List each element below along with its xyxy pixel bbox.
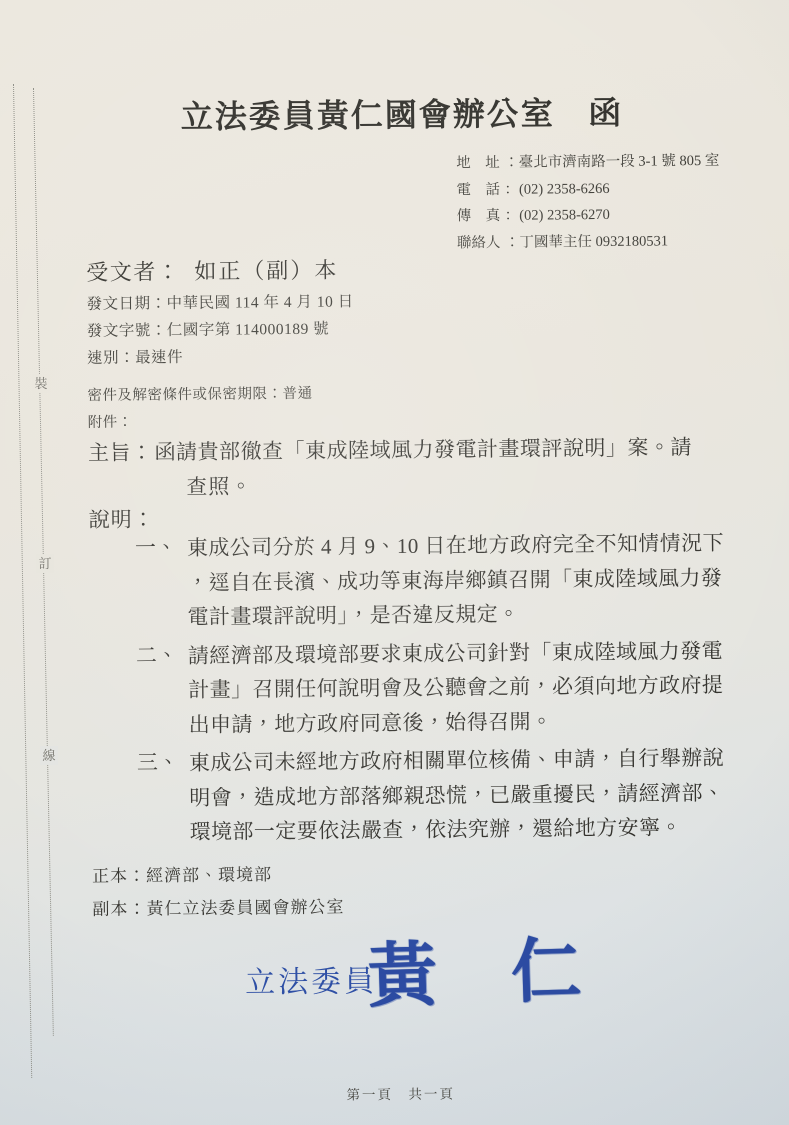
colon: ：	[505, 234, 520, 250]
explanation-item-1: 一、 東成公司分於 4 月 9、10 日在地方政府完全不知情情況下 ，逕自在長濱…	[187, 526, 728, 635]
subject-line-2: 查照。	[186, 470, 252, 501]
item-line: 明會，造成地方部落鄉親恐慌，已嚴重擾民，請經濟部、	[189, 775, 729, 815]
attachment-line: 附件：	[88, 411, 133, 432]
subject-text-1: 函請貴部徹查「東成陸域風力發電計畫環評說明」案。請	[154, 435, 692, 464]
contact-person-label: 聯絡人	[457, 229, 505, 256]
distribution-block: 正本：經濟部、環境部 副本：黃仁立法委員國會辦公室	[92, 858, 345, 926]
doc-number-line: 發文字號：仁國字第 114000189 號	[87, 317, 330, 341]
signature-name-stamp: 黃 仁	[365, 914, 584, 1022]
contact-person-line: 聯絡人：丁國華主任 0932180531	[457, 227, 720, 256]
item-number: 三、	[137, 746, 179, 776]
fax-label: 傳 真	[457, 203, 505, 230]
item-line: 環境部一定要依法嚴查，依法究辦，還給地方安寧。	[189, 810, 729, 850]
fax-value: (02) 2358-6270	[519, 207, 610, 224]
phone-value: (02) 2358-6266	[519, 180, 610, 197]
address-label: 地 址	[456, 150, 504, 177]
sender-contact-block: 地 址：臺北市濟南路一段 3-1 號 805 室 電 話：(02) 2358-6…	[456, 148, 720, 257]
letter-title: 立法委員黃仁國會辦公室 函	[181, 88, 623, 138]
subject-line-1: 主旨：函請貴部徹查「東成陸域風力發電計畫環評說明」案。請	[88, 431, 692, 467]
item-line: 出申請，地方政府同意後，始得召開。	[188, 702, 728, 742]
letter-content: 立法委員黃仁國會辦公室 函 地 址：臺北市濟南路一段 3-1 號 805 室 電…	[0, 0, 789, 1125]
item-number: 二、	[136, 639, 178, 669]
item-line: 計畫」召開任何說明會及公聽會之前，必須向地方政府提	[188, 668, 728, 708]
item-line: 東成公司未經地方政府相關單位核備、申請，自行舉辦說	[189, 741, 729, 781]
contact-fax-line: 傳 真：(02) 2358-6270	[457, 201, 720, 230]
recipient-line: 受文者：如正（副）本	[86, 254, 338, 287]
item-line: 東成公司分於 4 月 9、10 日在地方政府完全不知情情況下	[187, 526, 727, 566]
item-line: 請經濟部及環境部要求東成公司針對「東成陸域風力發電	[188, 633, 728, 673]
explanation-item-3: 三、 東成公司未經地方政府相關單位核備、申請，自行舉辦說 明會，造成地方部落鄉親…	[189, 741, 730, 850]
address-value: 臺北市濟南路一段 3-1 號 805 室	[519, 153, 720, 171]
scanned-letter-page: 裝 訂 線 立法委員黃仁國會辦公室 函 地 址：臺北市濟南路一段 3-1 號 8…	[0, 0, 789, 1125]
distribution-original: 正本：經濟部、環境部	[92, 858, 344, 893]
colon: ：	[504, 155, 519, 171]
issue-date-line: 發文日期：中華民國 114 年 4 月 10 日	[86, 289, 353, 314]
item-line: ，逕自在長濱、成功等東海岸鄉鎮召開「東成陸域風力發	[187, 560, 727, 600]
contact-person-value: 丁國華主任 0932180531	[519, 233, 668, 250]
subject-label: 主旨：	[88, 440, 153, 465]
item-line: 電計畫環評說明」，是否違反規定。	[187, 595, 727, 635]
item-number: 一、	[135, 531, 177, 561]
security-line: 密件及解密條件或保密期限：普通	[87, 382, 312, 405]
contact-address-line: 地 址：臺北市濟南路一段 3-1 號 805 室	[456, 148, 719, 177]
explanation-label: 說明：	[89, 503, 155, 534]
speed-line: 速別：最速件	[87, 345, 183, 368]
recipient-value: 如正（副）本	[194, 258, 338, 284]
explanation-item-2: 二、 請經濟部及環境部要求東成公司針對「東成陸域風力發電 計畫」召開任何說明會及…	[188, 633, 729, 742]
page-number-footer: 第一頁 共一頁	[6, 1079, 789, 1107]
phone-label: 電 話	[456, 176, 504, 203]
colon: ：	[505, 208, 520, 224]
contact-phone-line: 電 話：(02) 2358-6266	[456, 174, 719, 203]
explanation-items: 一、 東成公司分於 4 月 9、10 日在地方政府完全不知情情況下 ，逕自在長濱…	[187, 526, 730, 854]
colon: ：	[504, 181, 519, 197]
recipient-label: 受文者：	[86, 259, 180, 285]
signature-title: 立法委員	[245, 956, 377, 1001]
distribution-copy: 副本：黃仁立法委員國會辦公室	[92, 891, 344, 926]
